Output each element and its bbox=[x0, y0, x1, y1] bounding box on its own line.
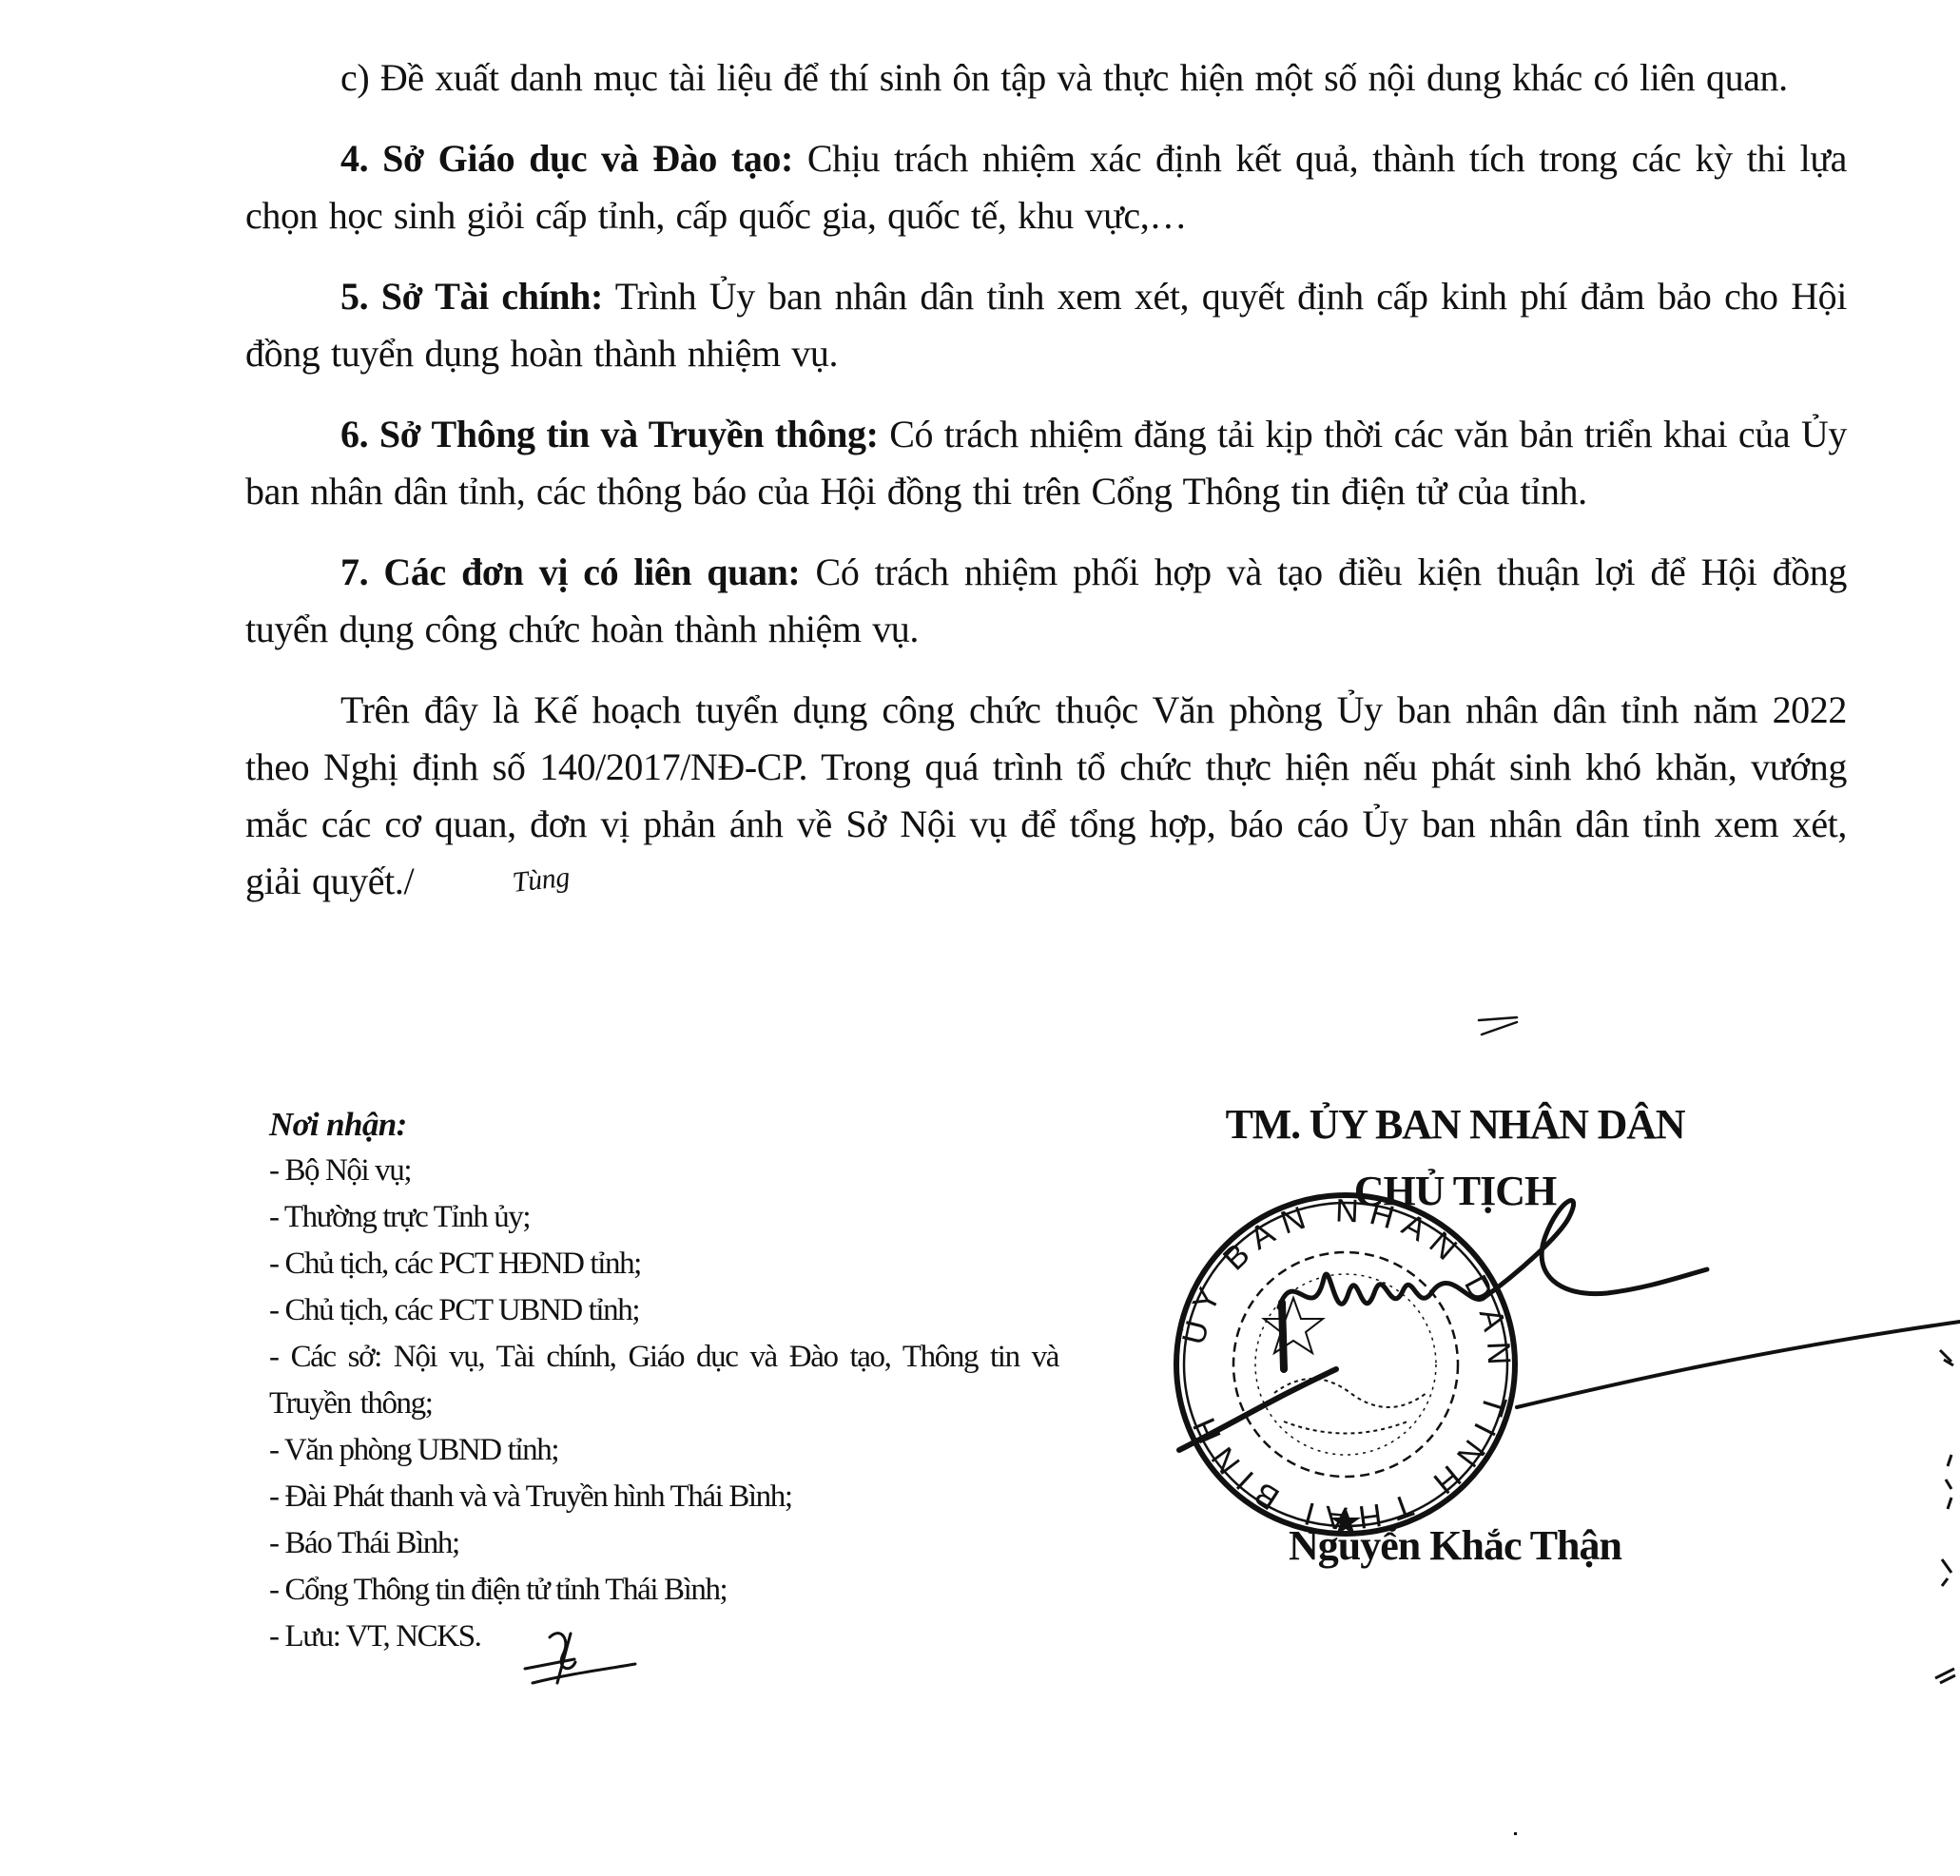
paragraph-4-education-dept: 4. Sở Giáo dục và Đào tạo: Chịu trách nh… bbox=[245, 130, 1847, 244]
paragraph-closing: Trên đây là Kế hoạch tuyển dụng công chứ… bbox=[245, 682, 1847, 914]
partial-stamp-edge-icon bbox=[1935, 1350, 1955, 1683]
signature-role: CHỦ TỊCH bbox=[1122, 1158, 1788, 1225]
signature-org: TM. ỦY BAN NHÂN DÂN bbox=[1122, 1092, 1788, 1158]
recipient-item: - Thường trực Tỉnh ủy; bbox=[269, 1194, 1087, 1241]
signature-block: TM. ỦY BAN NHÂN DÂN CHỦ TỊCH Nguyễn Khắc… bbox=[1122, 1092, 1788, 1225]
paragraph-lead: 6. Sở Thông tin và Truyền thông: bbox=[340, 413, 879, 455]
chairman-signature-icon bbox=[1179, 1201, 1960, 1450]
recipient-item: - Văn phòng UBND tỉnh; bbox=[269, 1427, 1087, 1474]
paragraph-lead: 4. Sở Giáo dục và Đào tạo: bbox=[340, 137, 793, 180]
recipient-item: - Chủ tịch, các PCT HĐND tỉnh; bbox=[269, 1241, 1087, 1287]
recipient-item: - Cổng Thông tin điện tử tỉnh Thái Bình; bbox=[269, 1567, 1087, 1614]
recipient-item: - Bộ Nội vụ; bbox=[269, 1148, 1087, 1194]
paragraph-7-related-units: 7. Các đơn vị có liên quan: Có trách nhi… bbox=[245, 544, 1847, 658]
signer-name: Nguyễn Khắc Thận bbox=[1122, 1521, 1788, 1570]
paragraph-6-information-dept: 6. Sở Thông tin và Truyền thông: Có trác… bbox=[245, 406, 1847, 520]
paragraph-lead: 7. Các đơn vị có liên quan: bbox=[340, 551, 800, 593]
document-page: c) Đề xuất danh mục tài liệu để thí sinh… bbox=[0, 0, 1960, 1876]
paragraph-c-materials: c) Đề xuất danh mục tài liệu để thí sinh… bbox=[245, 49, 1847, 106]
recipient-item: - Các sở: Nội vụ, Tài chính, Giáo dục và… bbox=[269, 1334, 1058, 1427]
recipient-item: - Đài Phát thanh và và Truyền hình Thái … bbox=[269, 1474, 1087, 1520]
recipients-title: Nơi nhận: bbox=[269, 1101, 1087, 1148]
paragraph-lead: 5. Sở Tài chính: bbox=[340, 275, 603, 318]
closing-scrawl-icon bbox=[1479, 1017, 1517, 1035]
recipient-item: - Báo Thái Bình; bbox=[269, 1520, 1087, 1567]
paragraph-5-finance-dept: 5. Sở Tài chính: Trình Ủy ban nhân dân t… bbox=[245, 268, 1847, 382]
recipient-item: - Lưu: VT, NCKS. bbox=[269, 1614, 1087, 1660]
recipients-list: Nơi nhận: - Bộ Nội vụ; - Thường trực Tỉn… bbox=[269, 1101, 1087, 1660]
initials-mark: Tùng bbox=[415, 849, 572, 921]
svg-text:ỦY BAN NHÂN DÂN TỈNH THÁI BÌNH: ỦY BAN NHÂN DÂN TỈNH THÁI BÌNH bbox=[1175, 1192, 1518, 1536]
recipient-item: - Chủ tịch, các PCT UBND tỉnh; bbox=[269, 1287, 1087, 1334]
document-body: c) Đề xuất danh mục tài liệu để thí sinh… bbox=[245, 49, 1847, 938]
stamp-text: ỦY BAN NHÂN DÂN TỈNH THÁI BÌNH bbox=[1175, 1192, 1518, 1536]
